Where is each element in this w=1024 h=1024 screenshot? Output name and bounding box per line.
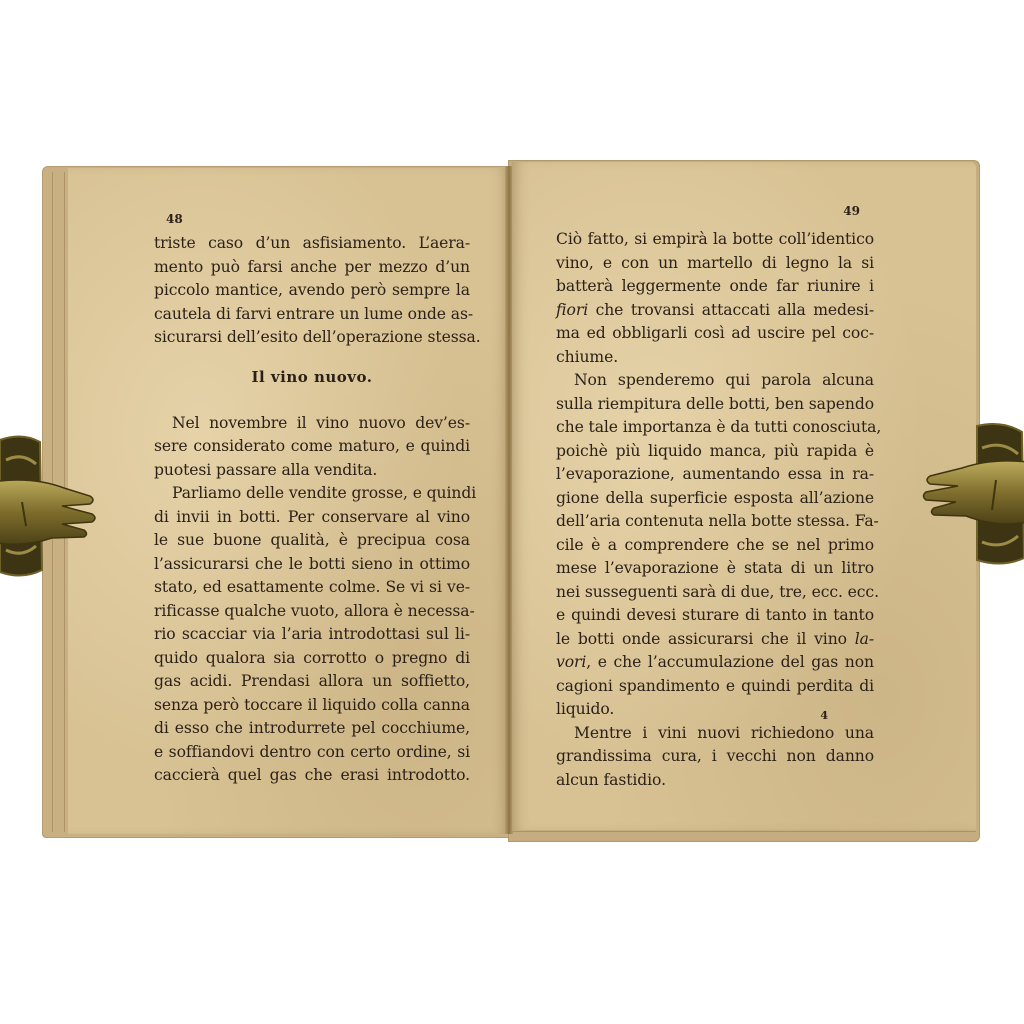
text-line: sulla riempitura delle botti, ben sapend… <box>556 393 874 417</box>
paragraph-2: Nel novembre il vino nuovo dev’es- sere … <box>154 412 470 483</box>
paragraph-2: Non spenderemo qui parola alcuna sulla r… <box>556 369 874 722</box>
text-line: che tale importanza è da tutti conosciut… <box>556 416 874 440</box>
text-line: rio scacciar via l’aria introdottasi sul… <box>154 623 470 647</box>
text-line: cagioni spandimento e quindi perdita di <box>556 675 874 699</box>
text-line: quido qualora sia corrotto o pregno di <box>154 647 470 671</box>
text-line: dell’aria contenuta nella botte stessa. … <box>556 510 874 534</box>
page-number-left: 48 <box>166 212 183 226</box>
right-page: 49 Ciò fatto, si empirà la botte coll’id… <box>512 162 976 830</box>
text-line: triste caso d’un asfisiamento. L’aera- <box>154 232 470 256</box>
text-line: mese l’evaporazione è stata di un litro <box>556 557 874 581</box>
text-line: sicurarsi dell’esito dell’operazione ste… <box>154 326 470 350</box>
open-book: 48 triste caso d’un asfisiamento. L’aera… <box>0 0 1024 1024</box>
text-line: stato, ed esattamente colme. Se vi si ve… <box>154 576 470 600</box>
left-page-text: triste caso d’un asfisiamento. L’aera- m… <box>154 232 470 788</box>
italic-word: vori <box>556 653 586 671</box>
text-line: gas acidi. Prendasi allora un soffietto, <box>154 670 470 694</box>
text-line: cile è a comprendere che se nel primo <box>556 534 874 558</box>
brass-hand-clip-icon <box>922 418 1024 568</box>
left-page: 48 triste caso d’un asfisiamento. L’aera… <box>68 168 508 834</box>
text-line: le sue buone qualità, è precipua cosa <box>154 529 470 553</box>
text-line: l’evaporazione, aumentando essa in ra- <box>556 463 874 487</box>
text-line: l’assicurarsi che le botti sieno in otti… <box>154 553 470 577</box>
text-line: puotesi passare alla vendita. <box>154 459 470 483</box>
text-line: Non spenderemo qui parola alcuna <box>556 369 874 393</box>
text-line: ma ed obbligarli così ad uscire pel coc- <box>556 322 874 346</box>
text-line: di invii in botti. Per conservare al vin… <box>154 506 470 530</box>
text-line: Mentre i vini nuovi richiedono una <box>556 722 874 746</box>
right-page-text: Ciò fatto, si empirà la botte coll’ident… <box>556 228 874 792</box>
text-line: alcun fastidio. <box>556 769 874 793</box>
text-line: gione della superficie esposta all’azion… <box>556 487 874 511</box>
text-line-with-italic: vori, e che l’accumulazione del gas non <box>556 651 874 675</box>
section-heading: Il vino nuovo. <box>154 362 470 398</box>
italic-word: la- <box>855 630 874 648</box>
text-line: poichè più liquido manca, più rapida è <box>556 440 874 464</box>
page-number-right: 49 <box>843 204 860 218</box>
text-line: e quindi devesi sturare di tanto in tant… <box>556 604 874 628</box>
paragraph-3: Mentre i vini nuovi richiedono una grand… <box>556 722 874 793</box>
text-line: cautela di farvi entrare un lume onde as… <box>154 303 470 327</box>
paragraph-3: Parliamo delle vendite grosse, e quindi … <box>154 482 470 788</box>
italic-word: fiori <box>556 301 588 319</box>
text-line: rificasse qualche vuoto, allora è necess… <box>154 600 470 624</box>
paragraph-1: Ciò fatto, si empirà la botte coll’ident… <box>556 228 874 369</box>
signature-mark: 4 <box>820 709 828 722</box>
text-line: chiume. <box>556 346 874 370</box>
text-line: sere considerato come maturo, e quindi <box>154 435 470 459</box>
text-line: vino, e con un martello di legno la si <box>556 252 874 276</box>
text-line: nei susseguenti sarà di due, tre, ecc. e… <box>556 581 874 605</box>
text-line: senza però toccare il liquido colla cann… <box>154 694 470 718</box>
text-line: Nel novembre il vino nuovo dev’es- <box>154 412 470 436</box>
text-line: Parliamo delle vendite grosse, e quindi <box>154 482 470 506</box>
text-line: di esso che introdurrete pel cocchiume, <box>154 717 470 741</box>
text-line: caccierà quel gas che erasi introdotto. <box>154 764 470 788</box>
paragraph-1: triste caso d’un asfisiamento. L’aera- m… <box>154 232 470 350</box>
text-line: mento può farsi anche per mezzo d’un <box>154 256 470 280</box>
brass-hand-clip-icon <box>0 430 97 580</box>
text-line: Ciò fatto, si empirà la botte coll’ident… <box>556 228 874 252</box>
text-line: e soffiandovi dentro con certo ordine, s… <box>154 741 470 765</box>
text-line: batterà leggermente onde far riunire i <box>556 275 874 299</box>
text-line-with-italic: fiori che trovansi attaccati alla medesi… <box>556 299 874 323</box>
text-line-with-italic: le botti onde assicurarsi che il vino la… <box>556 628 874 652</box>
text-line: grandissima cura, i vecchi non danno <box>556 745 874 769</box>
text-line: piccolo mantice, avendo però sempre la <box>154 279 470 303</box>
